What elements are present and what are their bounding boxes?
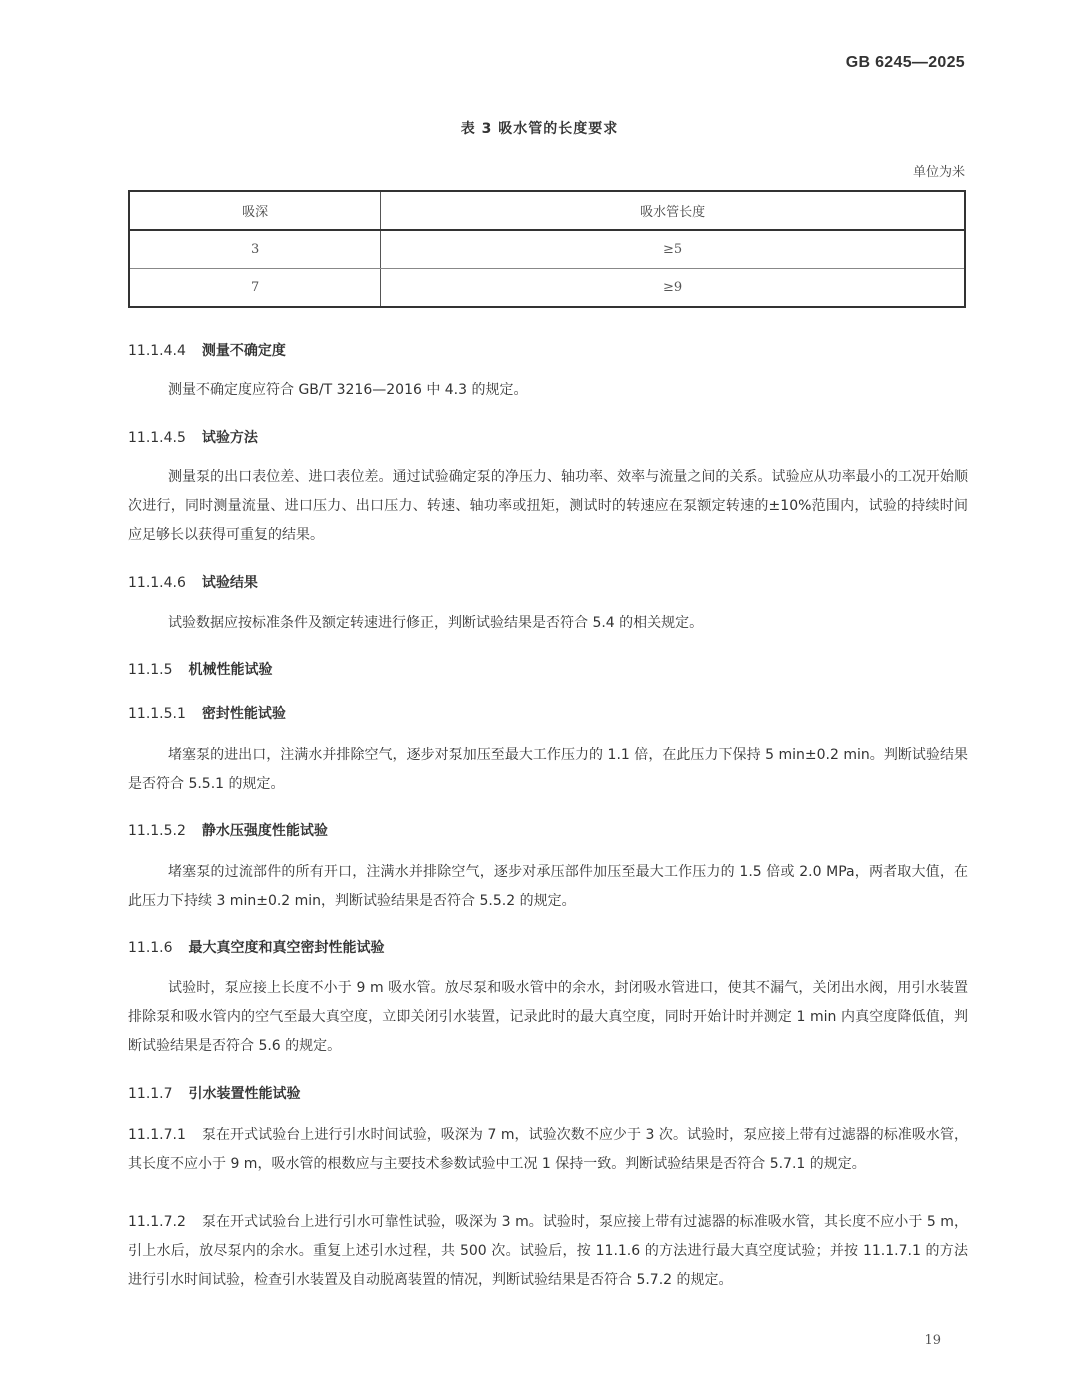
section-title: 机械性能试验 (189, 662, 273, 678)
section-heading: 11.1.5.1密封性能试验 (128, 703, 286, 723)
section-number: 11.1.5.2 (128, 823, 186, 839)
section-number: 11.1.6 (128, 940, 173, 956)
section-body: 试验数据应按标准条件及额定转速进行修正，判断试验结果是否符合 5.4 的相关规定… (128, 609, 968, 638)
section-heading: 11.1.4.4测量不确定度 (128, 340, 286, 360)
section-body: 堵塞泵的过流部件的所有开口，注满水并排除空气，逐步对承压部件加压至最大工作压力的… (128, 858, 968, 916)
section-heading: 11.1.5机械性能试验 (128, 659, 273, 679)
table-row: 7 ≥9 (129, 269, 965, 308)
section-number: 11.1.4.5 (128, 430, 186, 446)
section-heading: 11.1.5.2静水压强度性能试验 (128, 820, 328, 840)
column-header: 吸水管长度 (381, 191, 965, 230)
numbered-clause: 11.1.7.2泵在开式试验台上进行引水可靠性试验，吸深为 3 m。试验时，泵应… (128, 1208, 968, 1295)
section-heading: 11.1.7引水装置性能试验 (128, 1083, 301, 1103)
section-number: 11.1.4.4 (128, 343, 186, 359)
table-title: 表 3 吸水管的长度要求 (0, 118, 1079, 138)
suction-pipe-length-table: 吸深 吸水管长度 3 ≥5 7 ≥9 (128, 190, 966, 308)
clause-body: 泵在开式试验台上进行引水时间试验，吸深为 7 m，试验次数不应少于 3 次。试验… (128, 1127, 968, 1172)
section-title: 最大真空度和真空密封性能试验 (189, 940, 385, 956)
section-number: 11.1.7 (128, 1086, 173, 1102)
section-title: 静水压强度性能试验 (202, 823, 328, 839)
section-title: 密封性能试验 (202, 706, 286, 722)
section-body: 试验时，泵应接上长度不小于 9 m 吸水管。放尽泵和吸水管中的余水，封闭吸水管进… (128, 974, 968, 1061)
clause-body: 泵在开式试验台上进行引水可靠性试验，吸深为 3 m。试验时，泵应接上带有过滤器的… (128, 1214, 968, 1288)
section-title: 引水装置性能试验 (189, 1086, 301, 1102)
section-title: 试验结果 (202, 575, 258, 591)
section-number: 11.1.4.6 (128, 575, 186, 591)
clause-number: 11.1.7.1 (128, 1127, 186, 1143)
page-number: 19 (924, 1333, 941, 1348)
section-title: 试验方法 (202, 430, 258, 446)
table-cell: ≥5 (381, 230, 965, 269)
section-body: 测量泵的出口表位差、进口表位差。通过试验确定泵的净压力、轴功率、效率与流量之间的… (128, 463, 968, 550)
table-header-row: 吸深 吸水管长度 (129, 191, 965, 230)
column-header: 吸深 (129, 191, 381, 230)
table-cell: 3 (129, 230, 381, 269)
section-heading: 11.1.4.6试验结果 (128, 572, 258, 592)
section-heading: 11.1.4.5试验方法 (128, 427, 258, 447)
table-cell: 7 (129, 269, 381, 308)
numbered-clause: 11.1.7.1泵在开式试验台上进行引水时间试验，吸深为 7 m，试验次数不应少… (128, 1121, 968, 1179)
table-cell: ≥9 (381, 269, 965, 308)
section-heading: 11.1.6最大真空度和真空密封性能试验 (128, 937, 385, 957)
standard-code: GB 6245—2025 (846, 54, 965, 72)
section-number: 11.1.5 (128, 662, 173, 678)
section-body: 堵塞泵的进出口，注满水并排除空气，逐步对泵加压至最大工作压力的 1.1 倍，在此… (128, 741, 968, 799)
table-row: 3 ≥5 (129, 230, 965, 269)
section-number: 11.1.5.1 (128, 706, 186, 722)
section-title: 测量不确定度 (202, 343, 286, 359)
clause-number: 11.1.7.2 (128, 1214, 186, 1230)
section-body: 测量不确定度应符合 GB/T 3216—2016 中 4.3 的规定。 (128, 376, 968, 405)
unit-note: 单位为米 (913, 161, 965, 180)
